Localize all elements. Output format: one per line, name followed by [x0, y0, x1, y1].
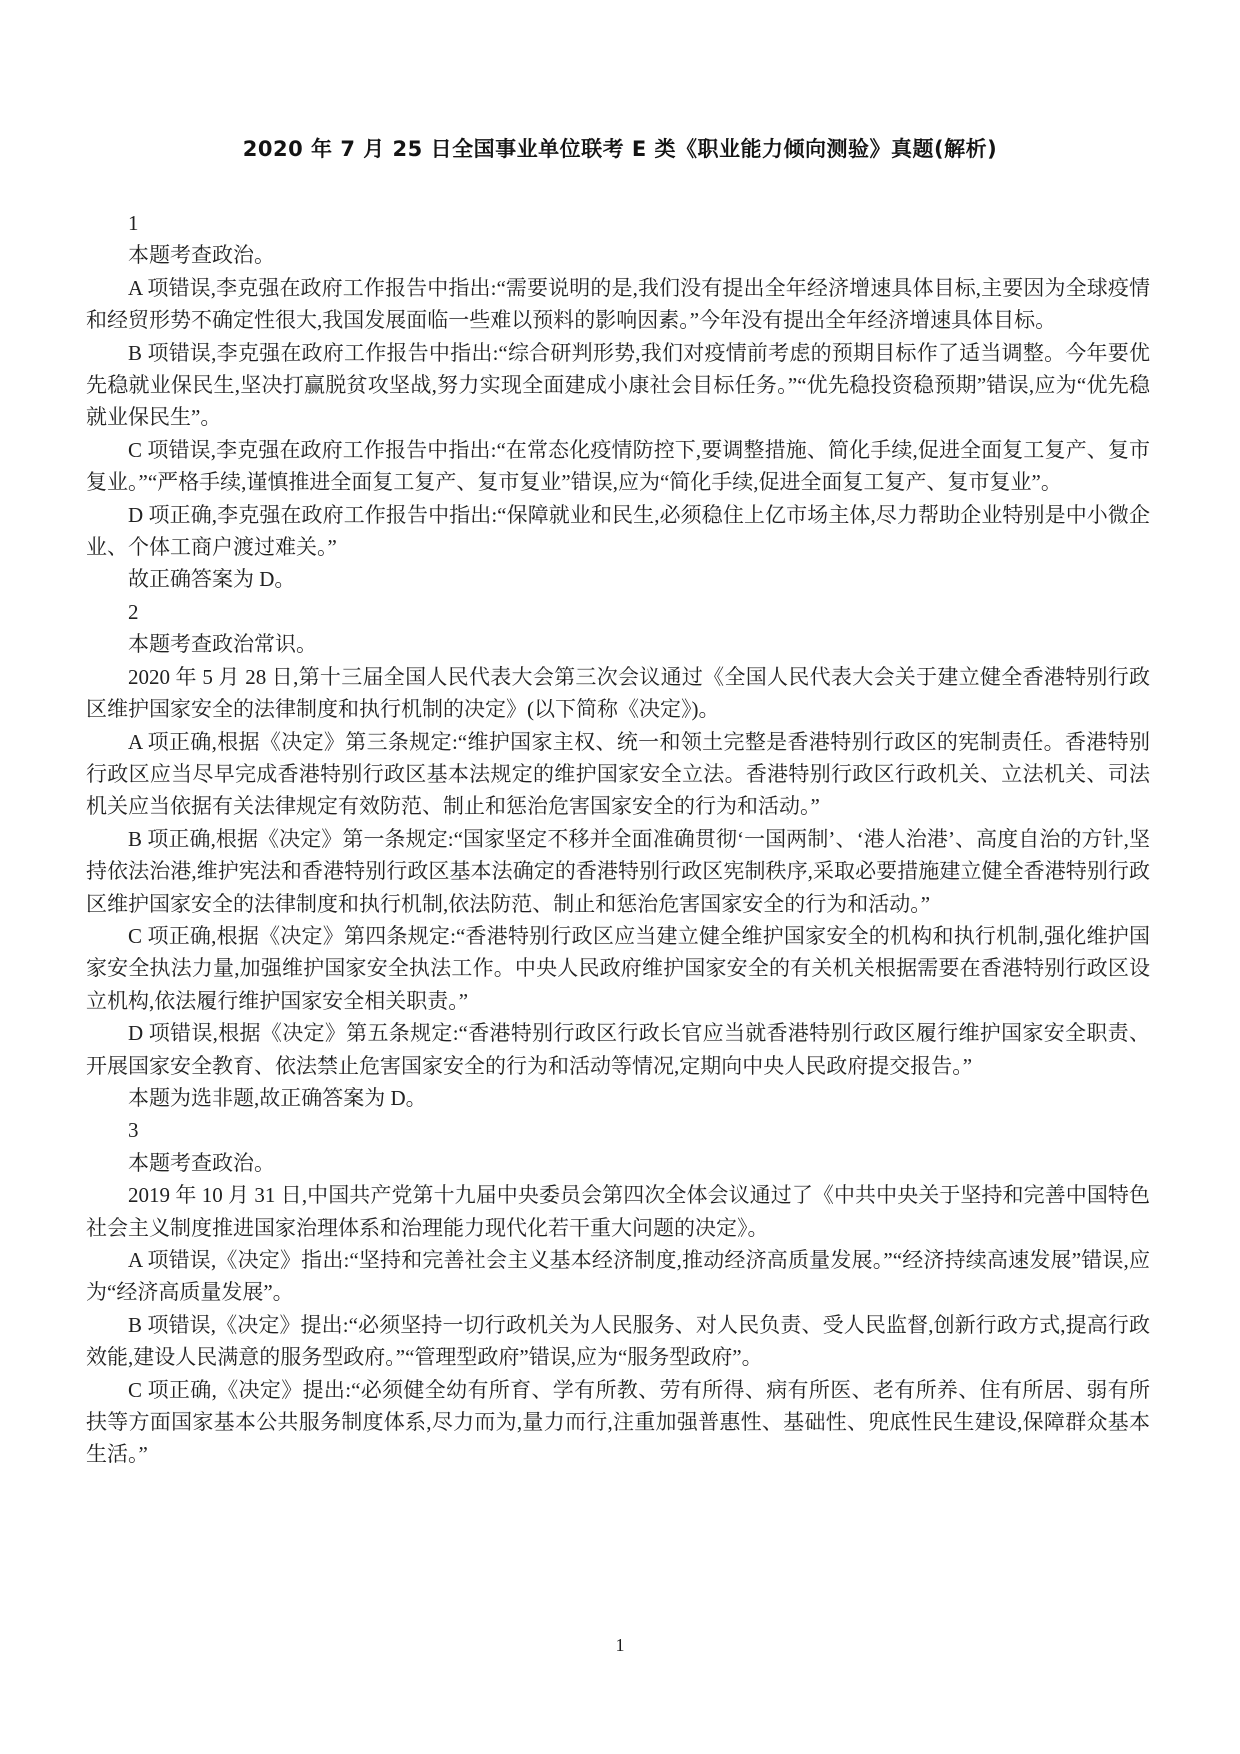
paragraph: D 项正确,李克强在政府工作报告中指出:“保障就业和民生,必须稳住上亿市场主体,… [86, 499, 1150, 564]
paragraph: 本题考查政治常识。 [86, 628, 1150, 660]
paragraph: 本题考查政治。 [86, 1147, 1150, 1179]
paragraph: A 项错误,《决定》指出:“坚持和完善社会主义基本经济制度,推动经济高质量发展。… [86, 1244, 1150, 1309]
paragraph: A 项错误,李克强在政府工作报告中指出:“需要说明的是,我们没有提出全年经济增速… [86, 272, 1150, 337]
document-title: 2020 年 7 月 25 日全国事业单位联考 E 类《职业能力倾向测验》真题(… [0, 0, 1240, 163]
paragraph: C 项正确,根据《决定》第四条规定:“香港特别行政区应当建立健全维护国家安全的机… [86, 920, 1150, 1017]
paragraph: B 项错误,李克强在政府工作报告中指出:“综合研判形势,我们对疫情前考虑的预期目… [86, 337, 1150, 434]
paragraph: D 项错误,根据《决定》第五条规定:“香港特别行政区行政长官应当就香港特别行政区… [86, 1017, 1150, 1082]
document-page: 2020 年 7 月 25 日全国事业单位联考 E 类《职业能力倾向测验》真题(… [0, 0, 1240, 1754]
paragraph: B 项正确,根据《决定》第一条规定:“国家坚定不移并全面准确贯彻‘一国两制’、‘… [86, 823, 1150, 920]
paragraph: 2020 年 5 月 28 日,第十三届全国人民代表大会第三次会议通过《全国人民… [86, 661, 1150, 726]
paragraph: 本题为选非题,故正确答案为 D。 [86, 1082, 1150, 1114]
paragraph: 本题考查政治。 [86, 239, 1150, 271]
document-body: 1本题考查政治。A 项错误,李克强在政府工作报告中指出:“需要说明的是,我们没有… [86, 207, 1150, 1471]
paragraph: 3 [86, 1114, 1150, 1146]
paragraph: 2 [86, 596, 1150, 628]
paragraph: C 项正确,《决定》提出:“必须健全幼有所育、学有所教、劳有所得、病有所医、老有… [86, 1374, 1150, 1471]
page-number: 1 [0, 1635, 1240, 1656]
paragraph: C 项错误,李克强在政府工作报告中指出:“在常态化疫情防控下,要调整措施、简化手… [86, 434, 1150, 499]
paragraph: B 项错误,《决定》提出:“必须坚持一切行政机关为人民服务、对人民负责、受人民监… [86, 1309, 1150, 1374]
paragraph: 2019 年 10 月 31 日,中国共产党第十九届中央委员会第四次全体会议通过… [86, 1179, 1150, 1244]
paragraph: A 项正确,根据《决定》第三条规定:“维护国家主权、统一和领土完整是香港特别行政… [86, 726, 1150, 823]
paragraph: 故正确答案为 D。 [86, 563, 1150, 595]
paragraph: 1 [86, 207, 1150, 239]
